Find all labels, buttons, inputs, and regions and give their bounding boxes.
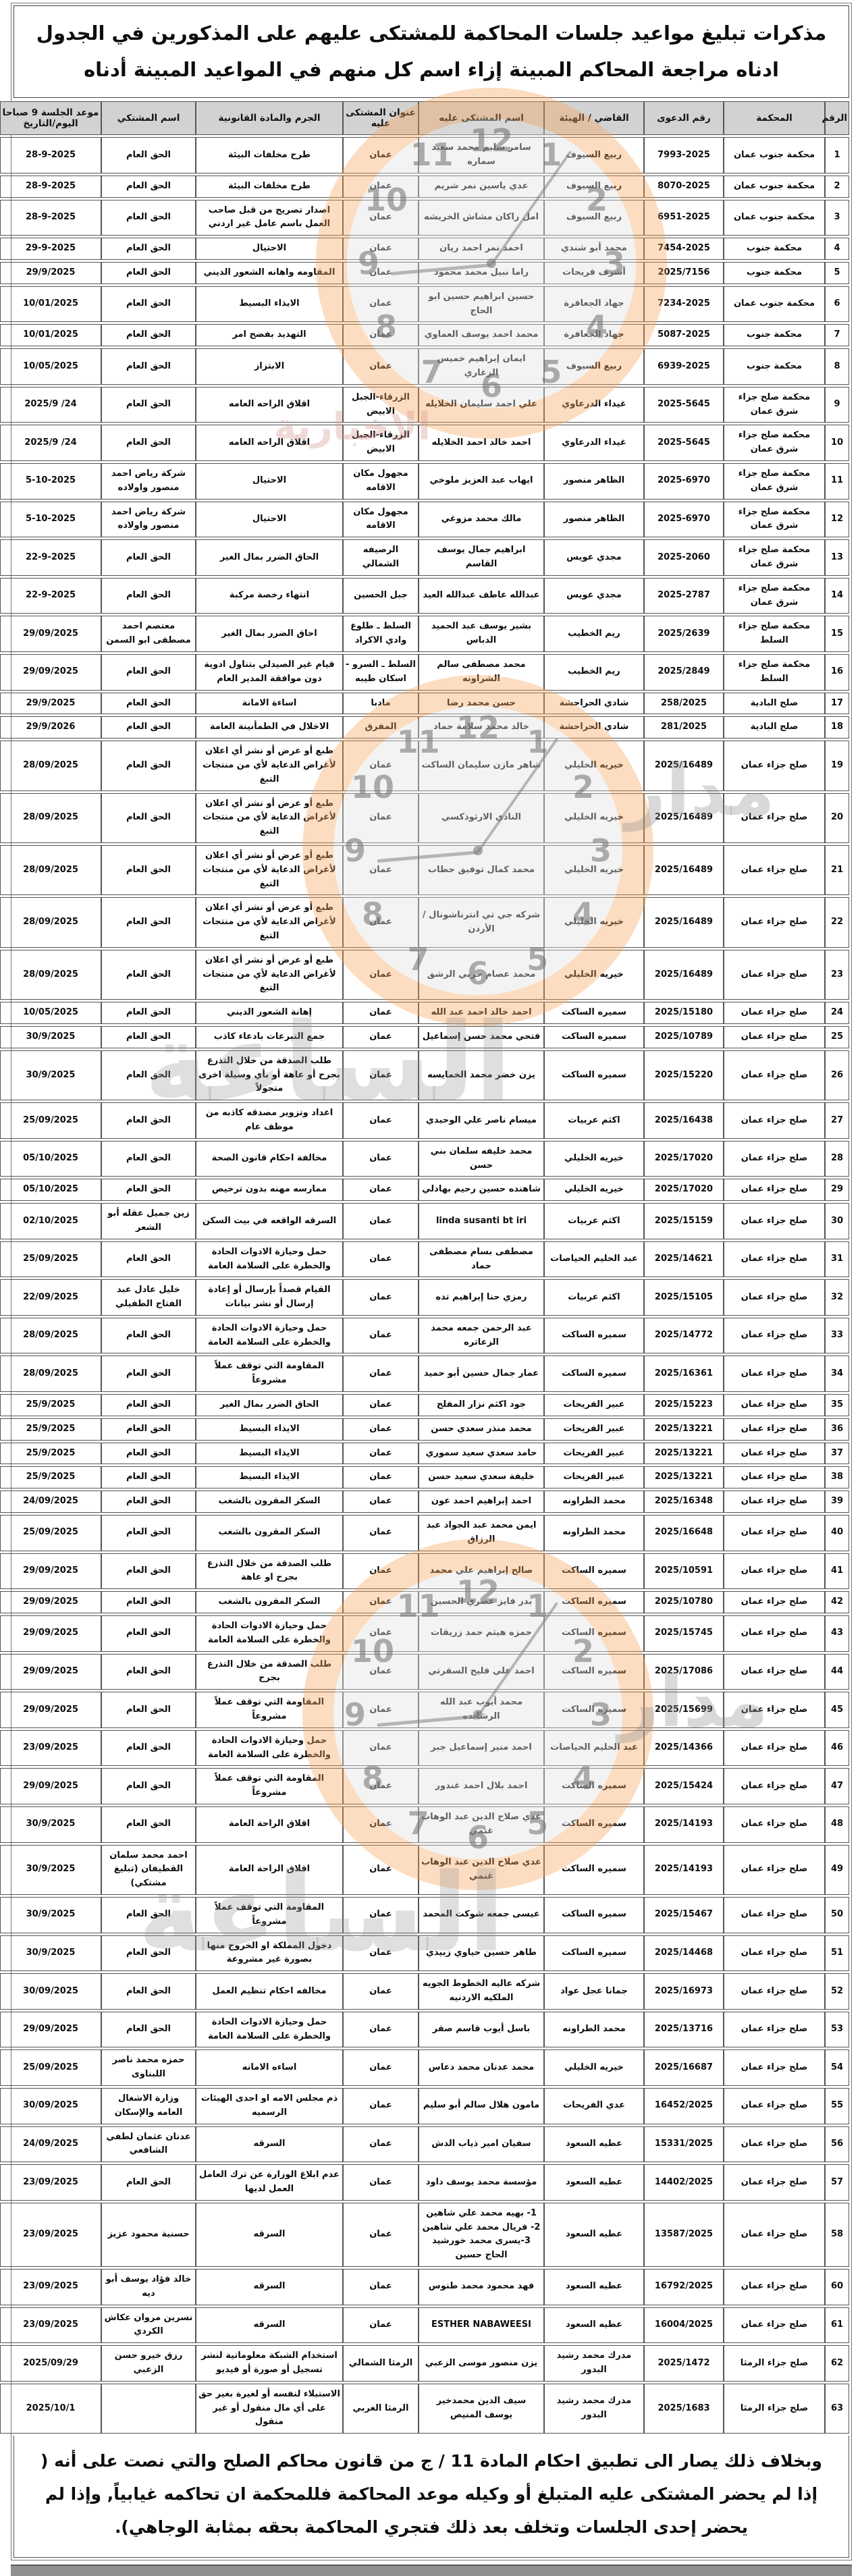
judge-cell: عطيه السعود [543, 2164, 643, 2201]
row-number-cell: 4 [824, 238, 848, 260]
defendant-name-cell: ESTHER NABAWEESI [417, 2307, 543, 2344]
defendant-address-cell: عمان [342, 1654, 417, 1690]
row-number-cell: 44 [824, 1654, 848, 1690]
court-cell: صلح جزاء عمان [722, 1026, 824, 1048]
court-cell: صلح جزاء عمان [722, 1279, 824, 1316]
table-row: 20 صلح جزاء عمان 2025/16489 خيريه الخليل… [0, 793, 848, 843]
defendant-address-cell: عمان [342, 2164, 417, 2201]
table-row: 41 صلح جزاء عمان 2025/10591 سميره الساكت… [0, 1553, 848, 1590]
session-date-cell: 05/10/2025 [0, 1141, 100, 1177]
judge-cell: عطيه السعود [543, 2126, 643, 2163]
defendant-name-cell: احمد خالد احمد الخلايله [417, 425, 543, 461]
judge-cell: محمد الطراونه [543, 2012, 643, 2048]
row-number-cell: 22 [824, 897, 848, 947]
crime-cell: الايذاء البسيط [194, 286, 342, 323]
complainant-cell: عدنان عثمان لطفي الشافعي [100, 2126, 194, 2163]
table-row: 60 صلح جزاء عمان 16792/2025 عطيه السعود … [0, 2269, 848, 2305]
table-row: 17 صلح البادية 258/2025 شادي الحراحشة حس… [0, 693, 848, 715]
row-number-cell: 21 [824, 845, 848, 895]
defendant-name-cell: ايمان إبراهيم خميس الزغاري [417, 348, 543, 385]
crime-cell: طلب الصدقة من خلال التذرع بجرح أو عاهة أ… [194, 1050, 342, 1100]
judge-cell: سميره الساكت [543, 1050, 643, 1100]
crime-cell: احاق الضرر بمال الغير [194, 616, 342, 652]
complainant-cell: الحق العام [100, 793, 194, 843]
case-number-cell: 2025/10591 [643, 1553, 722, 1590]
case-number-cell: 2025/16489 [643, 897, 722, 947]
case-number-cell: 2025/15159 [643, 1203, 722, 1239]
court-cell: محكمة جنوب عمان [722, 286, 824, 323]
row-number-cell: 36 [824, 1418, 848, 1441]
page-title: مذكرات تبليغ مواعيد جلسات المحاكمة للمشت… [33, 16, 827, 88]
court-cell: محكمة صلح جزاء شرق عمان [722, 387, 824, 423]
court-cell: محكمة صلح جزاء شرق عمان [722, 539, 824, 576]
judge-cell: سميره الساكت [543, 1692, 643, 1728]
session-date-cell: 29/09/2025 [0, 1615, 100, 1652]
court-cell: صلح جزاء عمان [722, 1730, 824, 1767]
case-number-cell: 2025-2787 [643, 578, 722, 614]
complainant-cell: خالد فؤاد يوسف أبو ديه [100, 2269, 194, 2305]
judge-cell: ربيع السيوف [543, 200, 643, 236]
defendant-name-cell: حمزه هيثم حمد زريقات [417, 1615, 543, 1652]
complainant-cell: حسنية محمود عزيز [100, 2203, 194, 2267]
col-header-court: المحكمة [722, 101, 824, 135]
session-date-cell: 25/09/2025 [0, 1241, 100, 1278]
row-number-cell: 6 [824, 286, 848, 323]
session-date-cell: 24/09/2025 [0, 2126, 100, 2163]
defendant-address-cell: عمان [342, 1279, 417, 1316]
row-number-cell: 37 [824, 1443, 848, 1465]
complainant-cell: الحق العام [100, 324, 194, 346]
case-number-cell: 16004/2025 [643, 2307, 722, 2344]
court-cell: محكمة جنوب عمان [722, 137, 824, 173]
judge-cell: مدرك محمد رشيد البدور [543, 2345, 643, 2382]
row-number-cell: 29 [824, 1179, 848, 1201]
session-date-cell: 29/09/2025 [0, 654, 100, 691]
court-cell: صلح جزاء عمان [722, 1806, 824, 1843]
crime-cell: اقلاق الراحة العامة [194, 1806, 342, 1843]
defendant-name-cell: احمد منير إسماعيل جبر [417, 1730, 543, 1767]
table-row: 52 صلح جزاء عمان 2025/16973 جمانا عجل عو… [0, 1973, 848, 2010]
case-number-cell: 2025/16648 [643, 1515, 722, 1551]
complainant-cell: الحق العام [100, 200, 194, 236]
defendant-address-cell: عمان [342, 1241, 417, 1278]
judge-cell: سميره الساكت [543, 1768, 643, 1804]
row-number-cell: 32 [824, 1279, 848, 1316]
defendant-name-cell: احمد بلال احمد غندور [417, 1768, 543, 1804]
session-date-cell: 30/9/2025 [0, 1050, 100, 1100]
case-number-cell: 16452/2025 [643, 2088, 722, 2124]
page-bottom-bar [9, 2565, 851, 2576]
court-sessions-table: الرقم المحكمة رقم الدعوى القاضي / الهيئة… [0, 99, 848, 2436]
row-number-cell: 57 [824, 2164, 848, 2201]
complainant-cell: الحق العام [100, 539, 194, 576]
court-cell: صلح جزاء عمان [722, 1394, 824, 1416]
table-row: 57 صلح جزاء عمان 14402/2025 عطيه السعود … [0, 2164, 848, 2201]
case-number-cell: 2025-6970 [643, 502, 722, 538]
court-cell: صلح جزاء عمان [722, 2012, 824, 2048]
complainant-cell: الحق العام [100, 1553, 194, 1590]
row-number-cell: 41 [824, 1553, 848, 1590]
crime-cell: اساءه الامانه [194, 2049, 342, 2086]
case-number-cell: 2025/13221 [643, 1418, 722, 1441]
row-number-cell: 11 [824, 463, 848, 500]
defendant-name-cell: ايهاب عبد العزيز ملوخي [417, 463, 543, 500]
court-cell: صلح جزاء الرمثا [722, 2384, 824, 2434]
court-cell: صلح جزاء عمان [722, 1654, 824, 1690]
defendant-name-cell: صالح إبراهيم علي محمد [417, 1553, 543, 1590]
crime-cell: الايذاء البسيط [194, 1443, 342, 1465]
crime-cell: السكر المقرون بالشغب [194, 1591, 342, 1613]
defendant-name-cell: احمد نمر احمد ريان [417, 238, 543, 260]
session-date-cell: 22-9-2025 [0, 578, 100, 614]
judge-cell: ربيع السيوف [543, 137, 643, 173]
table-row: 45 صلح جزاء عمان 2025/15699 سميره الساكت… [0, 1692, 848, 1728]
table-row: 1 محكمة جنوب عمان 7993-2025 ربيع السيوف … [0, 137, 848, 173]
defendant-name-cell: مصطفى بسام مصطفى حماد [417, 1241, 543, 1278]
defendant-address-cell: عمان [342, 2088, 417, 2124]
defendant-address-cell: الرمثا الغربي [342, 2384, 417, 2434]
complainant-cell: رزق خيرو حسن الزعبي [100, 2345, 194, 2382]
defendant-address-cell: عمان [342, 845, 417, 895]
judge-cell: شادي الحراحشة [543, 716, 643, 739]
session-date-cell: 28-9-2025 [0, 137, 100, 173]
crime-cell: حمل وحيازة الادوات الحادة والخطرة على ال… [194, 2012, 342, 2048]
complainant-cell: الحق العام [100, 1026, 194, 1048]
table-row: 14 محكمة صلح جزاء شرق عمان 2025-2787 مجد… [0, 578, 848, 614]
row-number-cell: 19 [824, 741, 848, 790]
table-row: 16 محكمة صلح جزاء السلط 2025/2849 ريم ال… [0, 654, 848, 691]
table-row: 22 صلح جزاء عمان 2025/16489 خيريه الخليل… [0, 897, 848, 947]
row-number-cell: 7 [824, 324, 848, 346]
defendant-address-cell: عمان [342, 137, 417, 173]
defendant-address-cell: الزرقاء-الجبل الابيض [342, 387, 417, 423]
complainant-cell: الحق العام [100, 1806, 194, 1843]
court-cell: صلح جزاء عمان [722, 793, 824, 843]
row-number-cell: 24 [824, 1002, 848, 1024]
session-date-cell: 23/09/2025 [0, 2307, 100, 2344]
table-row: 25 صلح جزاء عمان 2025/10789 سميره الساكت… [0, 1026, 848, 1048]
court-cell: صلح جزاء عمان [722, 1241, 824, 1278]
court-cell: محكمة صلح جزاء السلط [722, 654, 824, 691]
court-cell: صلح البادية [722, 693, 824, 715]
session-date-cell: 25/09/2025 [0, 2049, 100, 2086]
table-row: 42 صلح جزاء عمان 2025/10780 سميره الساكت… [0, 1591, 848, 1613]
judge-cell: جهاد الجعافرة [543, 324, 643, 346]
case-number-cell: 7234-2025 [643, 286, 722, 323]
crime-cell: اقلاق الراحه العامه [194, 425, 342, 461]
table-row: 34 صلح جزاء عمان 2025/16361 سميره الساكت… [0, 1356, 848, 1392]
crime-cell: إهانة الشعور الديني [194, 1002, 342, 1024]
complainant-cell: الحق العام [100, 1692, 194, 1728]
complainant-cell: الحق العام [100, 693, 194, 715]
judge-cell: سميره الساكت [543, 1935, 643, 1972]
defendant-name-cell: مامون هلال سالم أبو سليم [417, 2088, 543, 2124]
defendant-name-cell: محمد عدنان محمد دعاس [417, 2049, 543, 2086]
row-number-cell: 31 [824, 1241, 848, 1278]
row-number-cell: 12 [824, 502, 848, 538]
session-date-cell: 10/05/2025 [0, 1002, 100, 1024]
court-cell: صلح جزاء عمان [722, 1935, 824, 1972]
table-row: 33 صلح جزاء عمان 2025/14772 سميره الساكت… [0, 1318, 848, 1354]
defendant-address-cell: عمان [342, 1491, 417, 1513]
case-number-cell: 2025/2849 [643, 654, 722, 691]
row-number-cell: 3 [824, 200, 848, 236]
session-date-cell: 30/9/2025 [0, 1806, 100, 1843]
complainant-cell: شركة رياض احمد منصور واولاده [100, 502, 194, 538]
row-number-cell: 38 [824, 1466, 848, 1488]
session-date-cell: 29/09/2025 [0, 1553, 100, 1590]
crime-cell: حمل وحيازة الادوات الحادة والخطرة على ال… [194, 1730, 342, 1767]
defendant-name-cell: شركه جي تي انترناشونال / الأردن [417, 897, 543, 947]
session-date-cell: 30/9/2025 [0, 1935, 100, 1972]
session-date-cell: 02/10/2025 [0, 1203, 100, 1239]
defendant-address-cell: مجهول مكان الاقامه [342, 463, 417, 500]
table-row: 43 صلح جزاء عمان 2025/15745 سميره الساكت… [0, 1615, 848, 1652]
table-row: 32 صلح جزاء عمان 2025/15105 اكثم عربيات … [0, 1279, 848, 1316]
defendant-address-cell: السلط ـ طلوع وادي الاكراد [342, 616, 417, 652]
judge-cell: شادي الحراحشة [543, 693, 643, 715]
defendant-address-cell: عمان [342, 1418, 417, 1441]
table-row: 37 صلح جزاء عمان 2025/13221 عبير الفريحا… [0, 1443, 848, 1465]
session-date-cell: 30/9/2025 [0, 1845, 100, 1895]
defendant-name-cell: محمد كمال توفيق حطاب [417, 845, 543, 895]
complainant-cell: الحق العام [100, 238, 194, 260]
defendant-address-cell: عمان [342, 2203, 417, 2267]
judge-cell: جهاد الجعافرة [543, 286, 643, 323]
case-number-cell: 7993-2025 [643, 137, 722, 173]
defendant-address-cell: عمان [342, 1973, 417, 2010]
case-number-cell: 2025/15745 [643, 1615, 722, 1652]
defendant-name-cell: ميسام ناصر علي الوحيدي [417, 1102, 543, 1139]
defendant-address-cell: عمان [342, 1806, 417, 1843]
complainant-cell: الحق العام [100, 2012, 194, 2048]
defendant-name-cell: ابراهيم جمال يوسف القاسم [417, 539, 543, 576]
table-row: 9 محكمة صلح جزاء شرق عمان 2025-5645 غيدا… [0, 387, 848, 423]
row-number-cell: 48 [824, 1806, 848, 1843]
complainant-cell: الحق العام [100, 950, 194, 1000]
judge-cell: مدرك محمد رشيد البدور [543, 2384, 643, 2434]
defendant-address-cell: عمان [342, 1615, 417, 1652]
row-number-cell: 20 [824, 793, 848, 843]
case-number-cell: 2025/14468 [643, 1935, 722, 1972]
court-cell: محكمة جنوب عمان [722, 176, 824, 198]
complainant-cell: الحق العام [100, 1615, 194, 1652]
complainant-cell: الحق العام [100, 1394, 194, 1416]
complainant-cell: حمزه محمد ناصر اللبناوى [100, 2049, 194, 2086]
judge-cell: اكثم عربيات [543, 1102, 643, 1139]
crime-cell: اقلاق الراحة العامة [194, 1845, 342, 1895]
defendant-address-cell: الرمثا الشمالي [342, 2345, 417, 2382]
defendant-address-cell: عمان [342, 1050, 417, 1100]
defendant-name-cell: احمد علي فليح السقرتي [417, 1654, 543, 1690]
session-date-cell: 24/09/2025 [0, 1491, 100, 1513]
defendant-address-cell: عمان [342, 2126, 417, 2163]
defendant-name-cell: رمزي حنا إبراهيم تده [417, 1279, 543, 1316]
judge-cell: محمد الطراونه [543, 1491, 643, 1513]
crime-cell: عدم ابلاغ الوزارة عن ترك العامل العمل لد… [194, 2164, 342, 2201]
court-cell: صلح جزاء عمان [722, 1515, 824, 1551]
case-number-cell: 16792/2025 [643, 2269, 722, 2305]
session-date-cell: 29/09/2025 [0, 1692, 100, 1728]
table-row: 3 محكمة جنوب عمان 6951-2025 ربيع السيوف … [0, 200, 848, 236]
session-date-cell: 30/09/2025 [0, 1973, 100, 2010]
table-row: 62 صلح جزاء الرمثا 2025/1472 مدرك محمد ر… [0, 2345, 848, 2382]
crime-cell: السكر المقرون بالشغب [194, 1491, 342, 1513]
court-cell: صلح جزاء عمان [722, 1443, 824, 1465]
session-date-cell: 25/9/2025 [0, 1466, 100, 1488]
session-date-cell: 5-10-2025 [0, 463, 100, 500]
defendant-name-cell: بدر فايز عصري الحسين [417, 1591, 543, 1613]
row-number-cell: 35 [824, 1394, 848, 1416]
crime-cell: ممارسه مهنه بدون ترخيص [194, 1179, 342, 1201]
court-cell: صلح جزاء عمان [722, 1845, 824, 1895]
case-number-cell: 2025/16687 [643, 2049, 722, 2086]
judge-cell: خيريه الخليلي [543, 845, 643, 895]
court-cell: صلح جزاء عمان [722, 950, 824, 1000]
table-header: الرقم المحكمة رقم الدعوى القاضي / الهيئة… [0, 101, 848, 135]
defendant-name-cell: شاهنده حسين رحيم بهادلي [417, 1179, 543, 1201]
court-cell: صلح جزاء عمان [722, 1615, 824, 1652]
session-date-cell: 29/9/2025 [0, 262, 100, 284]
table-row: 48 صلح جزاء عمان 2025/14193 سميره الساكت… [0, 1806, 848, 1843]
defendant-address-cell: عمان [342, 262, 417, 284]
session-date-cell: 23/09/2025 [0, 1730, 100, 1767]
defendant-address-cell: عمان [342, 1179, 417, 1201]
case-number-cell: 2025/10789 [643, 1026, 722, 1048]
footer-legal-text: وبخلاف ذلك يصار الى تطبيق احكام المادة 1… [30, 2445, 830, 2544]
defendant-name-cell: بشير يوسف عبد الحميد الدباس [417, 616, 543, 652]
row-number-cell: 53 [824, 2012, 848, 2048]
table-row: 44 صلح جزاء عمان 2025/17086 سميره الساكت… [0, 1654, 848, 1690]
row-number-cell: 52 [824, 1973, 848, 2010]
crime-cell: الايذاء البسيط [194, 1466, 342, 1488]
case-number-cell: 2025/14193 [643, 1806, 722, 1843]
court-cell: محكمة صلح جزاء شرق عمان [722, 425, 824, 461]
defendant-address-cell: عمان [342, 176, 417, 198]
crime-cell: طبع أو عرض أو نشر أي اعلان لأغراض الدعاي… [194, 741, 342, 790]
table-row: 7 محكمة جنوب 5087-2025 جهاد الجعافرة محم… [0, 324, 848, 346]
defendant-address-cell: عمان [342, 1515, 417, 1551]
case-number-cell: 2025-5645 [643, 387, 722, 423]
row-number-cell: 58 [824, 2203, 848, 2267]
judge-cell: ربيع السيوف [543, 176, 643, 198]
session-date-cell: 25/09/2025 [0, 1515, 100, 1551]
complainant-cell: الحق العام [100, 1515, 194, 1551]
court-cell: صلح جزاء عمان [722, 1491, 824, 1513]
session-date-cell: 23/09/2025 [0, 2269, 100, 2305]
defendant-address-cell: عمان [342, 1203, 417, 1239]
table-row: 21 صلح جزاء عمان 2025/16489 خيريه الخليل… [0, 845, 848, 895]
crime-cell: انتهاء رخصة مركبة [194, 578, 342, 614]
crime-cell: السرقه [194, 2203, 342, 2267]
case-number-cell: 2025/14621 [643, 1241, 722, 1278]
table-row: 6 محكمة جنوب عمان 7234-2025 جهاد الجعافر… [0, 286, 848, 323]
defendant-address-cell: عمان [342, 2307, 417, 2344]
case-number-cell: 2025/17020 [643, 1141, 722, 1177]
crime-cell: طبع أو عرض أو نشر أي اعلان لأغراض الدعاي… [194, 897, 342, 947]
defendant-address-cell: عمان [342, 200, 417, 236]
court-cell: صلح جزاء عمان [722, 1418, 824, 1441]
court-cell: صلح جزاء عمان [722, 1897, 824, 1933]
complainant-cell: الحق العام [100, 578, 194, 614]
crime-cell: المقاومه واهانه الشعور الديني [194, 262, 342, 284]
judge-cell: اكثم عربيات [543, 1279, 643, 1316]
judge-cell: عبير الفريحات [543, 1466, 643, 1488]
complainant-cell: الحق العام [100, 1466, 194, 1488]
case-number-cell: 2025/16973 [643, 1973, 722, 2010]
defendant-address-cell: عمان [342, 1102, 417, 1139]
table-row: 23 صلح جزاء عمان 2025/16489 خيريه الخليل… [0, 950, 848, 1000]
complainant-cell: خليل عادل عبد الفتاح الطفيلي [100, 1279, 194, 1316]
session-date-cell: 24/ 2025/9 [0, 425, 100, 461]
table-body: 1 محكمة جنوب عمان 7993-2025 ربيع السيوف … [0, 137, 848, 2434]
complainant-cell: الحق العام [100, 1356, 194, 1392]
case-number-cell: 2025/17086 [643, 1654, 722, 1690]
court-cell: صلح جزاء عمان [722, 2203, 824, 2267]
session-date-cell: 23/09/2025 [0, 2164, 100, 2201]
judge-cell: عبد الحليم الحياصات [543, 1241, 643, 1278]
defendant-address-cell: عمان [342, 324, 417, 346]
crime-cell: قيام غير الصيدلي بتناول ادوية دون موافقة… [194, 654, 342, 691]
table-row: 10 محكمة صلح جزاء شرق عمان 2025-5645 غيد… [0, 425, 848, 461]
row-number-cell: 62 [824, 2345, 848, 2382]
session-date-cell: 22/09/2025 [0, 1279, 100, 1316]
defendant-name-cell: ايمن محمد عبد الجواد عبد الرزاق [417, 1515, 543, 1551]
court-cell: صلح جزاء عمان [722, 1318, 824, 1354]
crime-cell: التهديد بفضح امر [194, 324, 342, 346]
row-number-cell: 54 [824, 2049, 848, 2086]
col-header-number: الرقم [824, 101, 848, 135]
crime-cell: جمع التبرعات بادعاء كاذب [194, 1026, 342, 1048]
judge-cell: محمد الطراونه [543, 1515, 643, 1551]
case-number-cell: 258/2025 [643, 693, 722, 715]
crime-cell: طبع أو عرض أو نشر أي اعلان لأغراض الدعاي… [194, 845, 342, 895]
defendant-name-cell: محمد أيوب عبد الله الرشايده [417, 1692, 543, 1728]
complainant-cell: الحق العام [100, 176, 194, 198]
session-date-cell: 10/01/2025 [0, 286, 100, 323]
complainant-cell: الحق العام [100, 1002, 194, 1024]
defendant-address-cell: عمان [342, 1356, 417, 1392]
session-date-cell: 28-9-2025 [0, 200, 100, 236]
session-date-cell: 05/10/2025 [0, 1179, 100, 1201]
judge-cell: سميره الساكت [543, 1591, 643, 1613]
document-page: 121234567891011 الاخبارية 12123456789101… [5, 0, 855, 2576]
judge-cell: سميره الساكت [543, 1356, 643, 1392]
defendant-address-cell: عمان [342, 950, 417, 1000]
crime-cell: اصدار تصريح من قبل صاحب العمل باسم عامل … [194, 200, 342, 236]
table-row: 40 صلح جزاء عمان 2025/16648 محمد الطراون… [0, 1515, 848, 1551]
session-date-cell: 25/09/2025 [0, 1102, 100, 1139]
crime-cell: القيام قصداً بإرسال أو إعادة إرسال أو نش… [194, 1279, 342, 1316]
defendant-name-cell: محمد احمد يوسف العماوي [417, 324, 543, 346]
judge-cell: عطيه السعود [543, 2307, 643, 2344]
session-date-cell: 29/9/2025 [0, 693, 100, 715]
table-row: 63 صلح جزاء الرمثا 2025/1683 مدرك محمد ر… [0, 2384, 848, 2434]
crime-cell: حمل وحيازة الادوات الحادة والخطرة على ال… [194, 1615, 342, 1652]
court-cell: محكمة صلح جزاء السلط [722, 616, 824, 652]
court-cell: صلح جزاء عمان [722, 1356, 824, 1392]
complainant-cell [100, 2384, 194, 2434]
judge-cell: خيريه الخليلي [543, 2049, 643, 2086]
session-date-cell: 22-9-2025 [0, 539, 100, 576]
complainant-cell: الحق العام [100, 1654, 194, 1690]
table-row: 5 محكمة جنوب 2025/7156 أشرف قريحات راما … [0, 262, 848, 284]
complainant-cell: شركة رياض احمد منصور واولاده [100, 463, 194, 500]
court-cell: صلح جزاء عمان [722, 1692, 824, 1728]
table-row: 46 صلح جزاء عمان 2025/14366 عبد الحليم ا… [0, 1730, 848, 1767]
table-row: 38 صلح جزاء عمان 2025/13221 عبير الفريحا… [0, 1466, 848, 1488]
defendant-name-cell: محمد خليفه سلمان بني حسن [417, 1141, 543, 1177]
